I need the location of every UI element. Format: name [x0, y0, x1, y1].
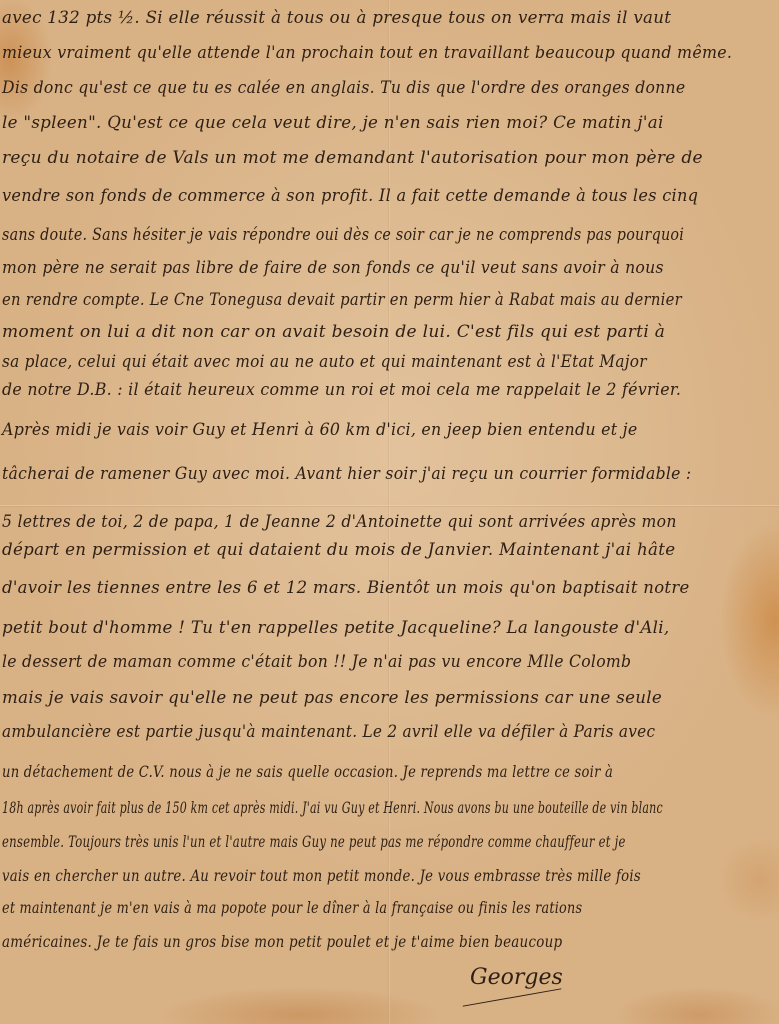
letter-line-10: moment on lui a dit non car on avait bes…	[2, 322, 665, 342]
letter-line-18: petit bout d'homme ! Tu t'en rappelles p…	[2, 618, 669, 638]
letter-line-6: vendre son fonds de commerce à son profi…	[2, 186, 698, 206]
letter-line-21: ambulancière est partie jusqu'à maintena…	[2, 722, 655, 742]
letter-line-1: avec 132 pts ½. Si elle réussit à tous o…	[2, 8, 671, 28]
letter-line-20: mais je vais savoir qu'elle ne peut pas …	[2, 688, 662, 708]
letter-line-15: 5 lettres de toi, 2 de papa, 1 de Jeanne…	[2, 512, 677, 532]
letter-line-13: Après midi je vais voir Guy et Henri à 6…	[2, 420, 637, 440]
letter-line-7: sans doute. Sans hésiter je vais répondr…	[2, 225, 684, 245]
letter-line-17: d'avoir les tiennes entre les 6 et 12 ma…	[2, 578, 690, 598]
letter-line-8: mon père ne serait pas libre de faire de…	[2, 258, 664, 278]
letter-line-12: de notre D.B. : il était heureux comme u…	[2, 380, 681, 400]
signature: Georges	[470, 965, 563, 990]
signature-underline	[463, 988, 562, 1006]
letter-line-22: un détachement de C.V. nous à je ne sais…	[2, 762, 613, 781]
letter-line-11: sa place, celui qui était avec moi au ne…	[2, 352, 647, 372]
letter-line-16: départ en permission et qui dataient du …	[2, 540, 675, 560]
letter-line-23: 18h après avoir fait plus de 150 km cet …	[2, 798, 663, 817]
letter-line-9: en rendre compte. Le Cne Tonegusa devait…	[2, 290, 682, 310]
letter-page: avec 132 pts ½. Si elle réussit à tous o…	[0, 0, 779, 1024]
letter-line-4: le "spleen". Qu'est ce que cela veut dir…	[2, 113, 664, 133]
letter-line-26: et maintenant je m'en vais à ma popote p…	[2, 898, 582, 917]
letter-line-14: tâcherai de ramener Guy avec moi. Avant …	[2, 464, 691, 484]
letter-line-24: ensemble. Toujours très unis l'un et l'a…	[2, 832, 626, 851]
letter-line-25: vais en chercher un autre. Au revoir tou…	[2, 866, 641, 885]
letter-line-27: américaines. Je te fais un gros bise mon…	[2, 932, 562, 951]
letter-line-5: reçu du notaire de Vals un mot me demand…	[2, 148, 703, 168]
horizontal-fold-crease	[0, 505, 779, 507]
letter-line-19: le dessert de maman comme c'était bon !!…	[2, 652, 631, 672]
letter-line-2: mieux vraiment qu'elle attende l'an proc…	[2, 43, 732, 63]
letter-line-3: Dis donc qu'est ce que tu es calée en an…	[2, 78, 685, 98]
